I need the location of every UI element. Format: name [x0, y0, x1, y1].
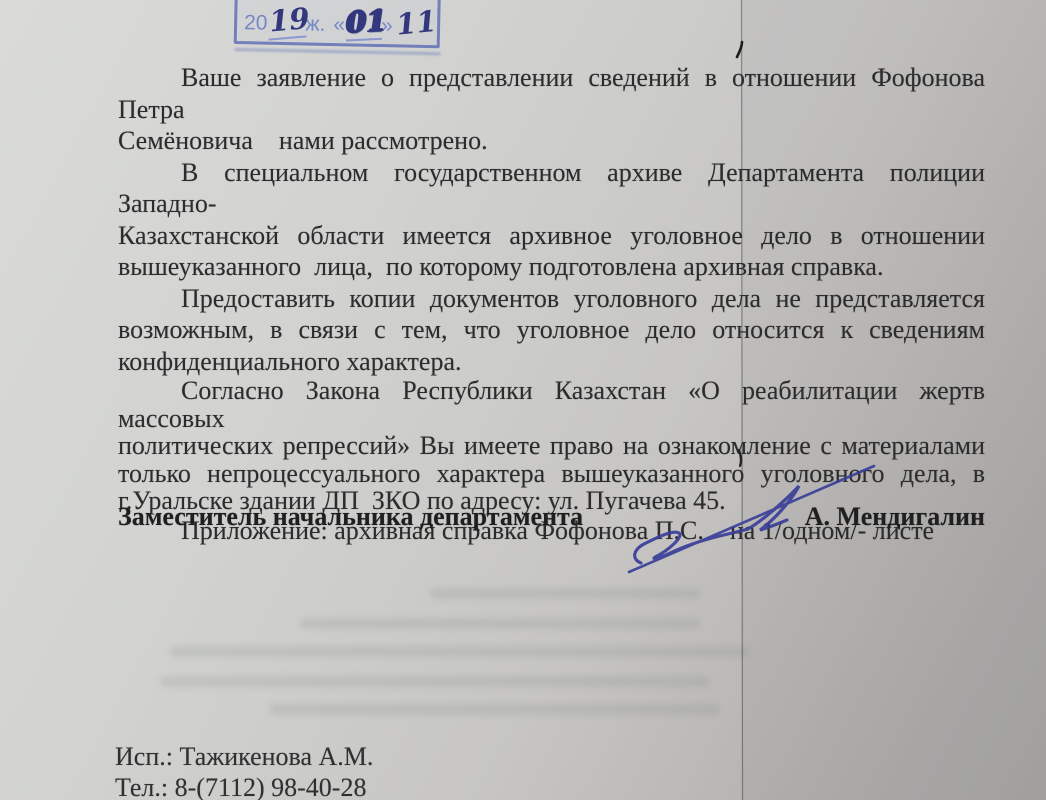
- bleedthrough-line: [270, 704, 720, 715]
- body-line: Ваше заявление о представлении сведений …: [118, 62, 985, 125]
- phone-line: Тел.: 8-(7112) 98-40-28: [115, 772, 373, 800]
- stamp-quote-open: «: [333, 13, 345, 37]
- paragraph: Согласно Закона Республики Казахстан «О …: [118, 377, 985, 515]
- stamp-year-handwritten: 19: [266, 2, 307, 41]
- body-line: Предоставить копии документов уголовного…: [118, 283, 985, 315]
- letter-body: Ваше заявление о представлении сведений …: [118, 62, 985, 546]
- body-line: только непроцессуального характера вышеу…: [118, 460, 985, 488]
- date-stamp: 20 19 ж. « 01 » 11: [234, 0, 442, 48]
- stamp-month-handwritten: 11: [391, 4, 441, 43]
- letter-footer: Исп.: Тажикенова А.М. Тел.: 8-(7112) 98-…: [115, 741, 373, 800]
- signer-name: А. Мендигалин: [805, 502, 985, 532]
- signature-row: Заместитель начальника департамента А. М…: [118, 502, 985, 532]
- body-line: Семёновича нами рассмотрено.: [118, 125, 985, 157]
- scanned-letter-page: 20 19 ж. « 01 » 11 Ваше заявление о пред…: [0, 0, 1046, 800]
- body-line: вышеуказанного лица, по которому подгото…: [118, 251, 985, 283]
- bleedthrough-line: [300, 618, 700, 629]
- body-line: Казахстанской области имеется архивное у…: [118, 220, 985, 252]
- stamp-day-handwritten: 01: [344, 4, 382, 42]
- ink-tick-mark: [737, 42, 742, 57]
- paragraph: Ваше заявление о представлении сведений …: [118, 62, 985, 157]
- date-stamp-line: 20 19 ж. « 01 » 11: [244, 2, 433, 42]
- body-line: Согласно Закона Республики Казахстан «О …: [118, 377, 985, 432]
- paragraph: Предоставить копии документов уголовного…: [118, 283, 985, 378]
- bleedthrough-line: [430, 588, 700, 599]
- bleedthrough-line: [160, 676, 710, 687]
- executor-line: Исп.: Тажикенова А.М.: [115, 741, 373, 772]
- body-line: политических репрессий» Вы имеете право …: [118, 432, 985, 460]
- paragraph: В специальном государственном архиве Деп…: [118, 157, 985, 283]
- body-line: В специальном государственном архиве Деп…: [118, 157, 985, 220]
- bleedthrough-line: [170, 646, 750, 657]
- stamp-year-prefix: 20: [244, 11, 268, 35]
- body-line: возможным, в связи с тем, что уголовное …: [118, 314, 985, 346]
- signer-position-title: Заместитель начальника департамента: [118, 502, 583, 532]
- body-line: конфиденциального характера.: [118, 346, 985, 378]
